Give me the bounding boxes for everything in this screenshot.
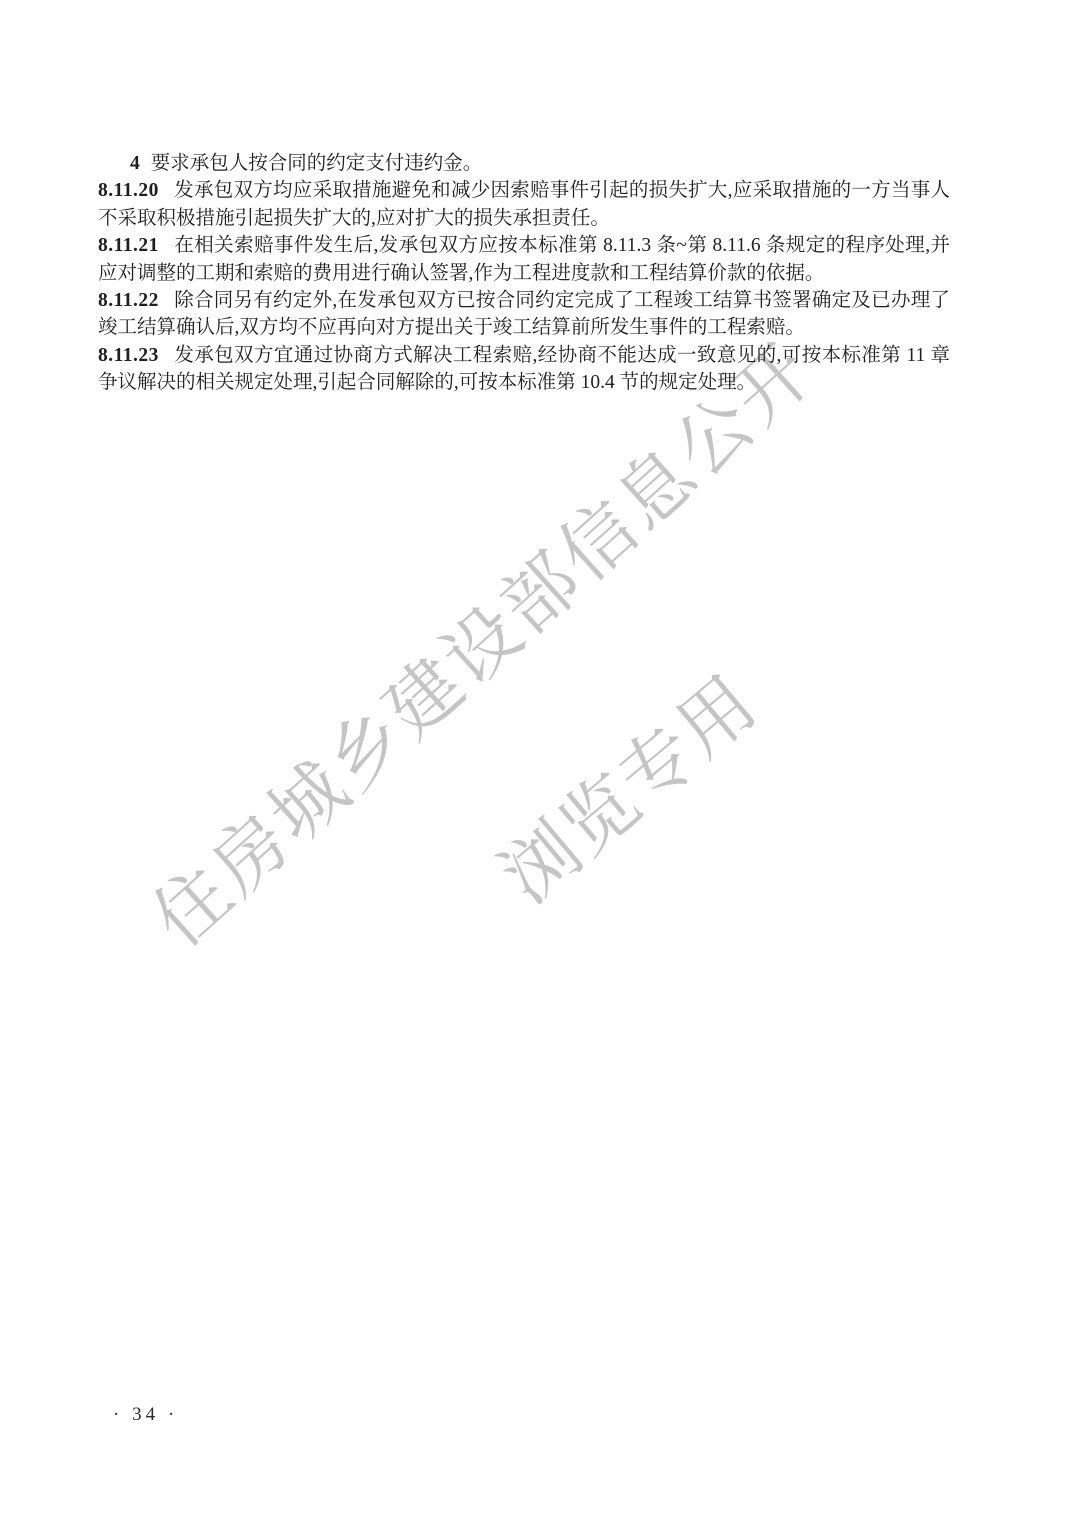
- document-body: 4要求承包人按合同的约定支付违约金。 8.11.20发承包双方均应采取措施避免和…: [98, 150, 950, 397]
- clause-8-11-22: 8.11.22除合同另有约定外,在发承包双方已按合同约定完成了工程竣工结算书签署…: [98, 287, 950, 342]
- watermark-line1: 住房城乡建设部信息公开: [126, 314, 835, 967]
- list-item-4: 4要求承包人按合同的约定支付违约金。: [98, 150, 950, 177]
- list-item-text: 要求承包人按合同的约定支付违约金。: [151, 153, 483, 174]
- clause-number: 8.11.22: [98, 290, 159, 311]
- clause-text: 在相关索赔事件发生后,发承包双方应按本标准第 8.11.3 条~第 8.11.6…: [98, 235, 950, 283]
- clause-8-11-20: 8.11.20发承包双方均应采取措施避免和减少因索赔事件引起的损失扩大,应采取措…: [98, 177, 950, 232]
- document-page: 住房城乡建设部信息公开 浏览专用 4要求承包人按合同的约定支付违约金。 8.11…: [0, 0, 1080, 1529]
- page-number: · 34 ·: [113, 1404, 178, 1426]
- clause-text: 除合同另有约定外,在发承包双方已按合同约定完成了工程竣工结算书签署确定及已办理了…: [98, 290, 950, 338]
- clause-8-11-21: 8.11.21在相关索赔事件发生后,发承包双方应按本标准第 8.11.3 条~第…: [98, 232, 950, 287]
- clause-number: 8.11.21: [98, 235, 159, 256]
- watermark-line2: 浏览专用: [475, 647, 776, 924]
- clause-number: 8.11.20: [98, 180, 159, 201]
- clause-8-11-23: 8.11.23发承包双方宜通过协商方式解决工程索赔,经协商不能达成一致意见的,可…: [98, 342, 950, 397]
- clause-text: 发承包双方均应采取措施避免和减少因索赔事件引起的损失扩大,应采取措施的一方当事人…: [98, 180, 950, 228]
- list-item-number: 4: [130, 153, 140, 174]
- clause-text: 发承包双方宜通过协商方式解决工程索赔,经协商不能达成一致意见的,可按本标准第 1…: [98, 345, 950, 393]
- clause-number: 8.11.23: [98, 345, 159, 366]
